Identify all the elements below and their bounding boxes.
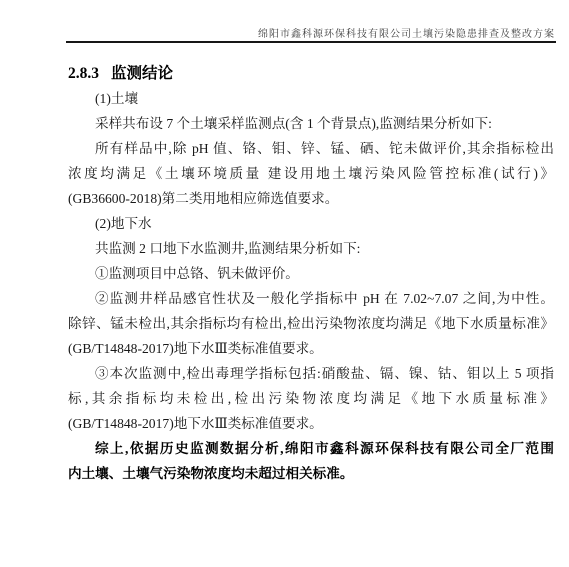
document-body: (1)土壤采样共布设 7 个土壤采样监测点(含 1 个背景点),监测结果分析如下…: [68, 86, 554, 486]
text-line: 除锌、锰未检出,其余指标均有检出,检出污染物浓度均满足《地下水质量标准》: [68, 311, 554, 336]
text-line: 共监测 2 口地下水监测井,监测结果分析如下:: [68, 236, 554, 261]
document-content: 2.8.3监测结论 (1)土壤采样共布设 7 个土壤采样监测点(含 1 个背景点…: [68, 61, 554, 486]
text-line: ①监测项目中总铬、钒未做评价。: [68, 261, 554, 286]
header-rule: [66, 41, 556, 43]
text-line: (GB/T14848-2017)地下水Ⅲ类标准值要求。: [68, 336, 554, 361]
text-line: ②监测井样品感官性状及一般化学指标中 pH 在 7.02~7.07 之间,为中性…: [68, 286, 554, 311]
section-heading-title: 监测结论: [111, 65, 173, 82]
text-line: 综上,依据历史监测数据分析,绵阳市鑫科源环保科技有限公司全厂范围: [68, 436, 554, 461]
running-header-text: 绵阳市鑫科源环保科技有限公司土壤污染隐患排查及整改方案: [68, 25, 555, 40]
text-line: 采样共布设 7 个土壤采样监测点(含 1 个背景点),监测结果分析如下:: [68, 111, 554, 136]
text-line: (GB/T14848-2017)地下水Ⅲ类标准值要求。: [68, 411, 554, 436]
text-line: 标,其余指标均未检出,检出污染物浓度均满足《地下水质量标准》: [68, 386, 554, 411]
section-heading: 2.8.3监测结论: [68, 61, 554, 86]
section-heading-number: 2.8.3: [68, 65, 99, 82]
text-line: 所有样品中,除 pH 值、铬、钼、锌、锰、硒、铊未做评价,其余指标检出: [68, 136, 554, 161]
text-line: 浓度均满足《土壤环境质量 建设用地土壤污染风险管控标准(试行)》: [68, 161, 554, 186]
text-line: 内土壤、土壤气污染物浓度均未超过相关标准。: [68, 461, 554, 486]
text-line: (2)地下水: [68, 211, 554, 236]
document-page: 绵阳市鑫科源环保科技有限公司土壤污染隐患排查及整改方案 2.8.3监测结论 (1…: [0, 0, 569, 567]
text-line: ③本次监测中,检出毒理学指标包括:硝酸盐、镉、镍、钴、钼以上 5 项指: [68, 361, 554, 386]
text-line: (1)土壤: [68, 86, 554, 111]
text-line: (GB36600-2018)第二类用地相应筛选值要求。: [68, 186, 554, 211]
